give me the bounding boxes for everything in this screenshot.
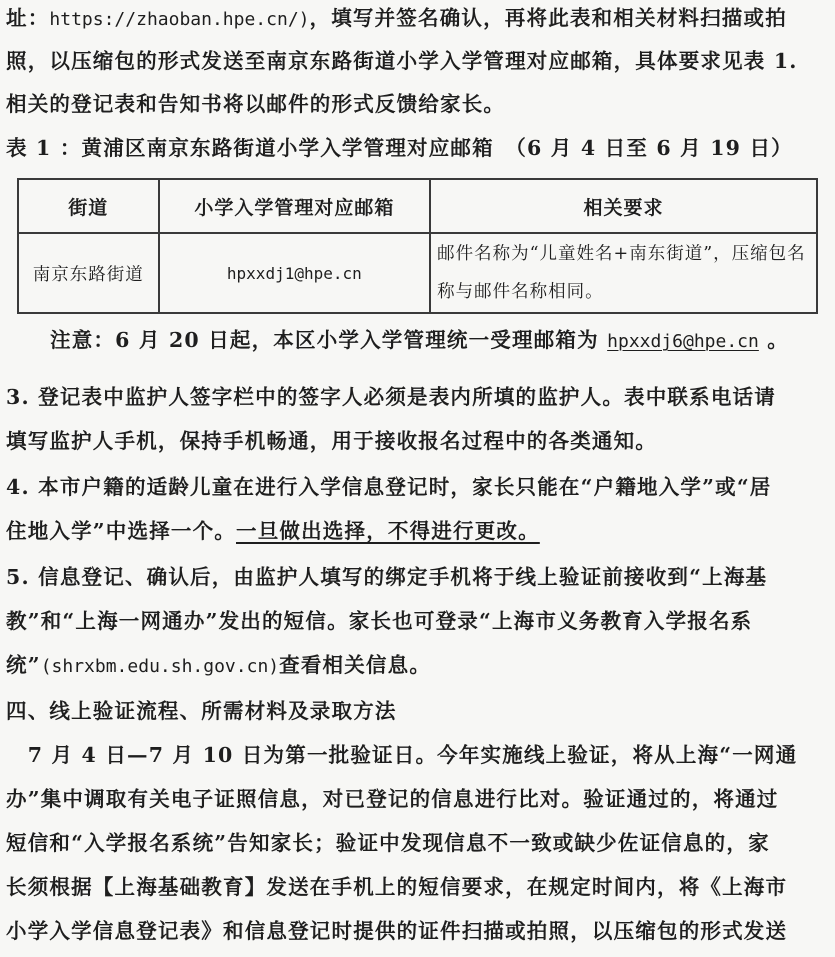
notice-suffix: 。 bbox=[759, 328, 789, 352]
item5-line-2: 教”和“上海一网通办”发出的短信。家长也可登录“上海市义务教育入学报名系 bbox=[6, 607, 752, 635]
enrollment-system-url[interactable]: (shrxbm.edu.sh.gov.cn) bbox=[41, 656, 279, 677]
item5-line-1: 5. 信息登记、确认后，由监护人填写的绑定手机将于线上验证前接收到“上海基 bbox=[6, 563, 767, 591]
header-requirement: 相关要求 bbox=[430, 179, 817, 233]
section4-line-4: 长须根据【上海基础教育】发送在手机上的短信要求，在规定时间内，将《上海市 bbox=[6, 873, 787, 901]
table-header-row: 街道 小学入学管理对应邮箱 相关要求 bbox=[18, 179, 817, 233]
table1-caption: 表 1 ：黄浦区南京东路街道小学入学管理对应邮箱 （6 月 4 日至 6 月 1… bbox=[6, 134, 793, 162]
section4-line-1: 7 月 4 日—7 月 10 日为第一批验证日。今年实施线上验证，将从上海“一网… bbox=[6, 741, 797, 769]
item5-line3-prefix: 统” bbox=[6, 653, 41, 677]
section4-line-3: 短信和“入学报名系统”告知家长；验证中发现信息不一致或缺少佐证信息的，家 bbox=[6, 829, 770, 857]
intro-line-2: 照，以压缩包的形式发送至南京东路街道小学入学管理对应邮箱，具体要求见表 1. bbox=[6, 47, 798, 75]
header-email: 小学入学管理对应邮箱 bbox=[159, 179, 431, 233]
section4-line-5: 小学入学信息登记表》和信息登记时提供的证件扫描或拍照，以压缩包的形式发送 bbox=[6, 917, 787, 945]
intro-line-1: 址：https://zhaoban.hpe.cn/)，填写并签名确认，再将此表和… bbox=[6, 4, 787, 34]
item4-line-2: 住地入学”中选择一个。一旦做出选择，不得进行更改。 bbox=[6, 517, 540, 545]
mailbox-table: 街道 小学入学管理对应邮箱 相关要求 南京东路街道 hpxxdj1@hpe.cn… bbox=[17, 178, 818, 314]
notice-prefix: 注意：6 月 20 日起，本区小学入学管理统一受理邮箱为 bbox=[50, 328, 607, 352]
notice-line: 注意：6 月 20 日起，本区小学入学管理统一受理邮箱为 hpxxdj6@hpe… bbox=[50, 326, 789, 356]
registration-url[interactable]: https://zhaoban.hpe.cn/) bbox=[49, 9, 309, 30]
table-row: 南京东路街道 hpxxdj1@hpe.cn 邮件名称为“儿童姓名+南东街道”，压… bbox=[18, 233, 817, 313]
item3-line-2: 填写监护人手机，保持手机畅通，用于接收报名过程中的各类通知。 bbox=[6, 427, 657, 455]
item5-line-3: 统”(shrxbm.edu.sh.gov.cn)查看相关信息。 bbox=[6, 651, 431, 681]
cell-email[interactable]: hpxxdj1@hpe.cn bbox=[159, 233, 431, 313]
unified-email-link[interactable]: hpxxdj6@hpe.cn bbox=[607, 331, 759, 352]
cell-street: 南京东路街道 bbox=[18, 233, 159, 313]
section4-heading: 四、线上验证流程、所需材料及录取方法 bbox=[6, 697, 397, 725]
item5-line3-suffix: 查看相关信息。 bbox=[279, 653, 431, 677]
cell-requirement: 邮件名称为“儿童姓名+南东街道”，压缩包名称与邮件名称相同。 bbox=[430, 233, 817, 313]
item4-line-1: 4. 本市户籍的适龄儿童在进行入学信息登记时，家长只能在“户籍地入学”或“居 bbox=[6, 473, 772, 501]
section4-line-2: 办”集中调取有关电子证照信息，对已登记的信息进行比对。验证通过的，将通过 bbox=[6, 785, 779, 813]
item4-emphasis: 一旦做出选择，不得进行更改。 bbox=[236, 519, 540, 543]
intro-prefix: 址： bbox=[6, 6, 49, 30]
intro-line-3: 相关的登记表和告知书将以邮件的形式反馈给家长。 bbox=[6, 90, 505, 118]
intro-line1-suffix: ，填写并签名确认，再将此表和相关材料扫描或拍 bbox=[310, 6, 787, 30]
item3-line-1: 3. 登记表中监护人签字栏中的签字人必须是表内所填的监护人。表中联系电话请 bbox=[6, 383, 776, 411]
header-street: 街道 bbox=[18, 179, 159, 233]
item4-line2-prefix: 住地入学”中选择一个。 bbox=[6, 519, 236, 543]
